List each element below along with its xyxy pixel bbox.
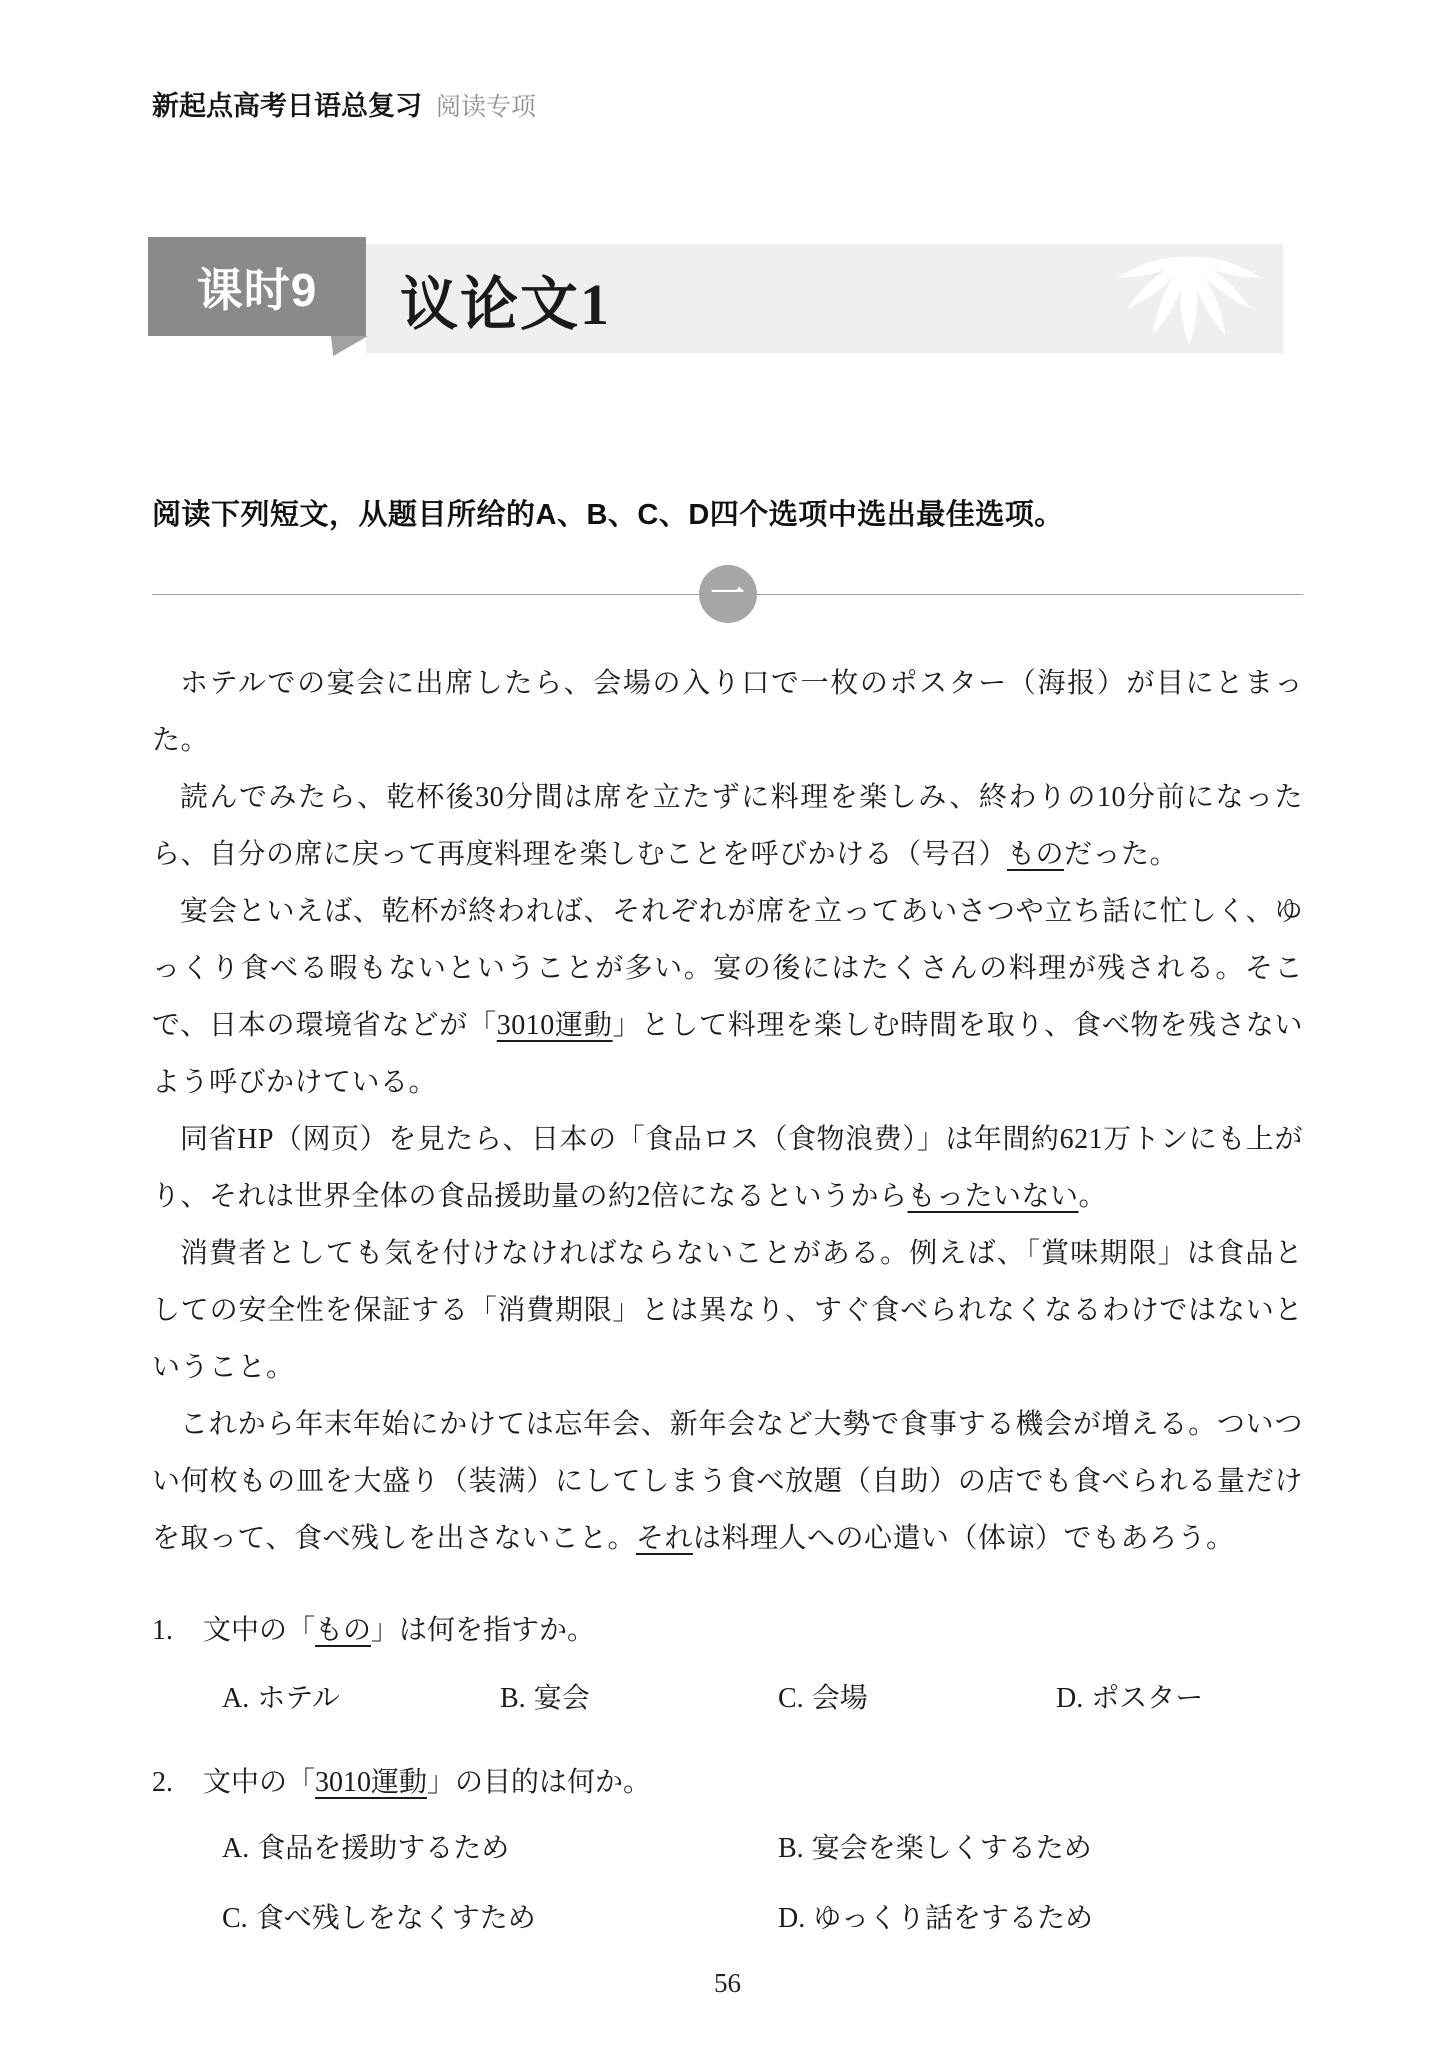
underlined-text: もったいない (908, 1181, 1079, 1212)
question-list: 1. 文中の「もの」は何を指すか。 A.ホテル B.宴会 C.会場 D.ポスター… (152, 1611, 1303, 1939)
lesson-title: 议论文1 (400, 257, 611, 341)
option-label: D. (778, 1903, 805, 1934)
option-d: D.ゆっくり話をするため (778, 1899, 1334, 1939)
section-number-circle: 一 (699, 565, 757, 623)
text-segment: だった。 (1064, 839, 1178, 870)
page-header: 新起点高考日语总复习阅读专项 (152, 84, 536, 123)
page-number: 56 (152, 1968, 1303, 1999)
underlined-text: 3010運動 (497, 1010, 613, 1041)
passage-paragraph: ホテルでの宴会に出席したら、会場の入り口で一枚のポスター（海报）が目にとまった。 (152, 655, 1303, 769)
passage-paragraph: 消費者としても気を付けなければならないことがある。例えば、「賞味期限」は食品とし… (152, 1225, 1303, 1396)
question-number: 1. (152, 1611, 173, 1651)
option-label: B. (778, 1833, 804, 1864)
option-b: B.宴会 (500, 1679, 778, 1719)
question-text: 文中の「3010運動」の目的は何か。 (203, 1763, 1303, 1803)
option-text: ポスター (1091, 1683, 1203, 1714)
option-c: C.会場 (778, 1679, 1056, 1719)
question-2: 2. 文中の「3010運動」の目的は何か。 A.食品を援助するため B.宴会を楽… (152, 1763, 1303, 1939)
text-segment: 文中の「 (203, 1767, 315, 1798)
section-divider: 一 (152, 563, 1303, 625)
option-a: A.ホテル (222, 1679, 500, 1719)
option-text: 食品を援助するため (257, 1833, 509, 1864)
option-label: C. (222, 1903, 248, 1934)
text-segment: 消費者としても気を付けなければならないことがある。例えば、「賞味期限」は食品とし… (152, 1238, 1303, 1383)
question-1-options: A.ホテル B.宴会 C.会場 D.ポスター (152, 1679, 1303, 1719)
badge-fold-corner (331, 336, 368, 356)
question-1-stem: 1. 文中の「もの」は何を指すか。 (152, 1611, 1303, 1651)
underlined-text: もの (1007, 839, 1064, 870)
option-label: C. (778, 1683, 804, 1714)
option-text: ホテル (257, 1683, 340, 1714)
text-segment: 文中の「 (203, 1615, 315, 1646)
text-segment: 」は何を指すか。 (371, 1615, 595, 1646)
option-text: 食べ残しをなくすため (256, 1903, 536, 1934)
question-1: 1. 文中の「もの」は何を指すか。 A.ホテル B.宴会 C.会場 D.ポスター (152, 1611, 1303, 1719)
question-number: 2. (152, 1763, 173, 1803)
reading-passage: ホテルでの宴会に出席したら、会場の入り口で一枚のポスター（海报）が目にとまった。… (152, 655, 1303, 1567)
text-segment: 。 (1079, 1181, 1108, 1212)
underlined-text: もの (315, 1615, 371, 1646)
option-label: D. (1056, 1683, 1083, 1714)
option-d: D.ポスター (1056, 1679, 1334, 1719)
option-label: B. (500, 1683, 526, 1714)
option-text: 宴会を楽しくするため (812, 1833, 1092, 1864)
exercise-instruction: 阅读下列短文，从题目所给的A、B、C、D四个选项中选出最佳选项。 (152, 492, 1303, 533)
main-content: 阅读下列短文，从题目所给的A、B、C、D四个选项中选出最佳选项。 一 ホテルでの… (152, 492, 1303, 1939)
section-subtitle: 阅读专项 (436, 93, 536, 121)
option-c: C.食べ残しをなくすため (222, 1899, 778, 1939)
question-2-options: A.食品を援助するため B.宴会を楽しくするため C.食べ残しをなくすため D.… (152, 1829, 1303, 1939)
passage-paragraph: 読んでみたら、乾杯後30分間は席を立たずに料理を楽しみ、終わりの10分前になった… (152, 769, 1303, 883)
underlined-text: 3010運動 (315, 1767, 427, 1798)
passage-paragraph: これから年末年始にかけては忘年会、新年会など大勢で食事する機会が増える。ついつい… (152, 1396, 1303, 1567)
option-b: B.宴会を楽しくするため (778, 1829, 1334, 1869)
passage-paragraph: 宴会といえば、乾杯が終われば、それぞれが席を立ってあいさつや立ち話に忙しく、ゆっ… (152, 883, 1303, 1111)
option-label: A. (222, 1683, 249, 1714)
text-segment: 」の目的は何か。 (427, 1767, 651, 1798)
question-text: 文中の「もの」は何を指すか。 (203, 1611, 1303, 1651)
option-a: A.食品を援助するため (222, 1829, 778, 1869)
option-text: 宴会 (534, 1683, 590, 1714)
book-title: 新起点高考日语总复习 (152, 91, 422, 121)
text-segment: 同省HP（网页）を見たら、日本の「食品ロス（食物浪费）」は年間約621万トンにも… (152, 1124, 1303, 1212)
option-label: A. (222, 1833, 249, 1864)
text-segment: ホテルでの宴会に出席したら、会場の入り口で一枚のポスター（海报）が目にとまった。 (152, 668, 1303, 756)
option-text: 会場 (812, 1683, 868, 1714)
bamboo-leaves-icon (1101, 253, 1277, 347)
passage-paragraph: 同省HP（网页）を見たら、日本の「食品ロス（食物浪费）」は年間約621万トンにも… (152, 1111, 1303, 1225)
lesson-banner: 议论文1 (366, 244, 1283, 353)
underlined-text: それ (636, 1523, 693, 1554)
lesson-number-badge: 课时9 (148, 237, 366, 336)
option-text: ゆっくり話をするため (813, 1903, 1093, 1934)
text-segment: は料理人への心遣い（体谅）でもあろう。 (693, 1523, 1235, 1554)
question-2-stem: 2. 文中の「3010運動」の目的は何か。 (152, 1763, 1303, 1803)
